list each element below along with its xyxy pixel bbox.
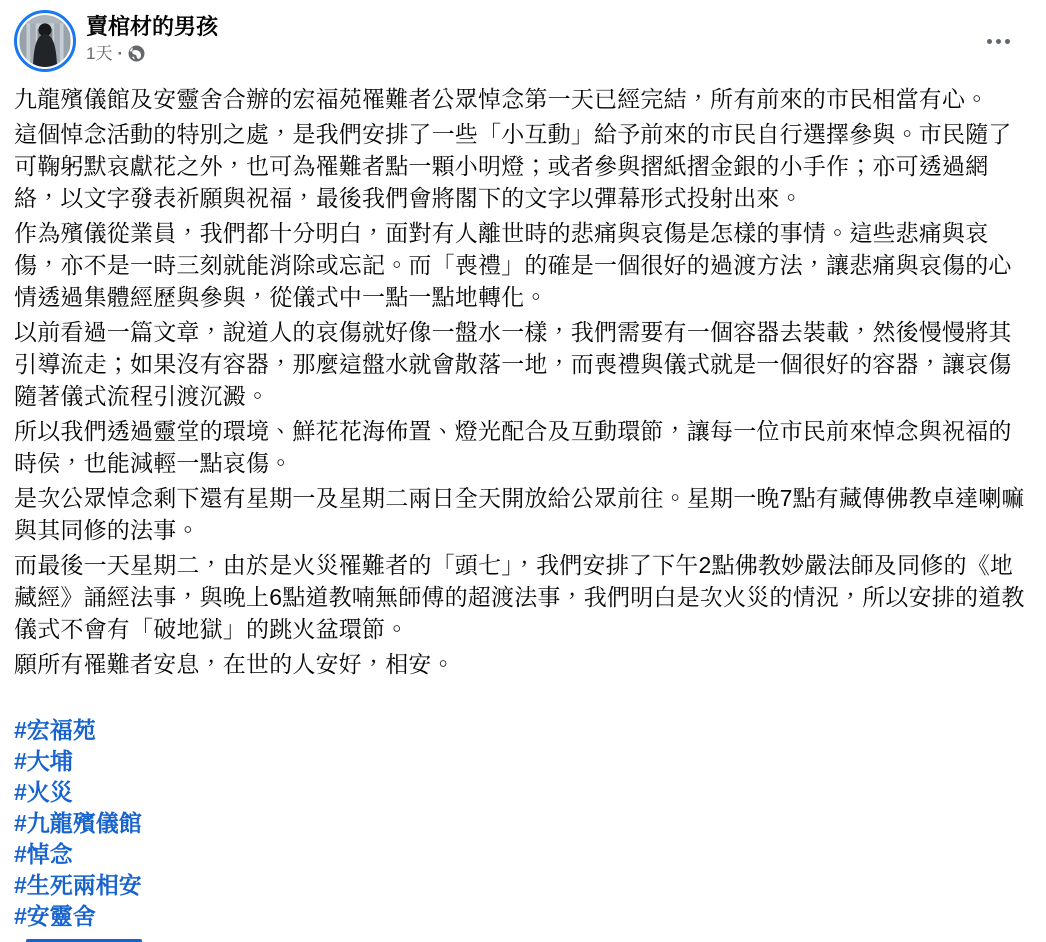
page-name[interactable]: 賣棺材的男孩 xyxy=(86,13,218,40)
post-paragraph: 願所有罹難者安息，在世的人安好，相安。 xyxy=(14,648,1032,680)
timestamp[interactable]: 1天 xyxy=(86,43,112,64)
post-paragraph: 這個悼念活動的特別之處，是我們安排了一些「小互動」給予前來的市民自行選擇參與。市… xyxy=(14,118,1032,214)
header-info: 賣棺材的男孩 1天 · xyxy=(86,10,218,64)
ellipsis-dot xyxy=(1005,39,1010,44)
blank-line xyxy=(14,683,1032,715)
meta-separator: · xyxy=(117,43,123,64)
hashtag-link[interactable]: #火災 xyxy=(14,777,73,808)
hashtag-link[interactable]: #悼念 xyxy=(14,839,73,870)
hashtag-link[interactable]: #宏福苑 xyxy=(14,715,96,746)
post-body: 九龍殯儀館及安靈舍合辦的宏福苑罹難者公眾悼念第一天已經完結，所有前來的市民相當有… xyxy=(0,72,1046,942)
hashtag-list: #宏福苑 #大埔 #火災 #九龍殯儀館 #悼念 #生死兩相安 #安靈舍 xyxy=(14,715,1032,942)
post-options-button[interactable] xyxy=(980,28,1016,54)
post-paragraph: 九龍殯儀館及安靈舍合辦的宏福苑罹難者公眾悼念第一天已經完結，所有前來的市民相當有… xyxy=(14,83,1032,115)
globe-public-icon xyxy=(128,45,145,62)
post-header: 賣棺材的男孩 1天 · xyxy=(0,0,1046,72)
hashtag-link[interactable]: #生死兩相安 xyxy=(14,870,142,901)
post-paragraph: 以前看過一篇文章，說道人的哀傷就好像一盤水一樣，我們需要有一個容器去裝載，然後慢… xyxy=(14,316,1032,412)
avatar[interactable] xyxy=(14,10,76,72)
hashtag-link[interactable]: #大埔 xyxy=(14,746,73,777)
post-paragraph: 而最後一天星期二，由於是火災罹難者的「頭七」，我們安排了下午2點佛教妙嚴法師及同… xyxy=(14,549,1032,645)
post-paragraph: 作為殯儀從業員，我們都十分明白，面對有人離世時的悲痛與哀傷是怎樣的事情。這些悲痛… xyxy=(14,217,1032,313)
hashtag-link[interactable]: #九龍殯儀館 xyxy=(14,808,142,839)
hashtag-link[interactable]: #安靈舍 xyxy=(14,901,96,932)
avatar-photo xyxy=(19,15,71,67)
post-paragraph: 是次公眾悼念剩下還有星期一及星期二兩日全天開放給公眾前往。星期一晚7點有藏傳佛教… xyxy=(14,482,1032,546)
ellipsis-dot xyxy=(996,39,1001,44)
post-meta: 1天 · xyxy=(86,43,218,64)
post-paragraph: 所以我們透過靈堂的環境、鮮花花海佈置、燈光配合及互動環節，讓每一位市民前來悼念與… xyxy=(14,415,1032,479)
ellipsis-dot xyxy=(987,39,992,44)
